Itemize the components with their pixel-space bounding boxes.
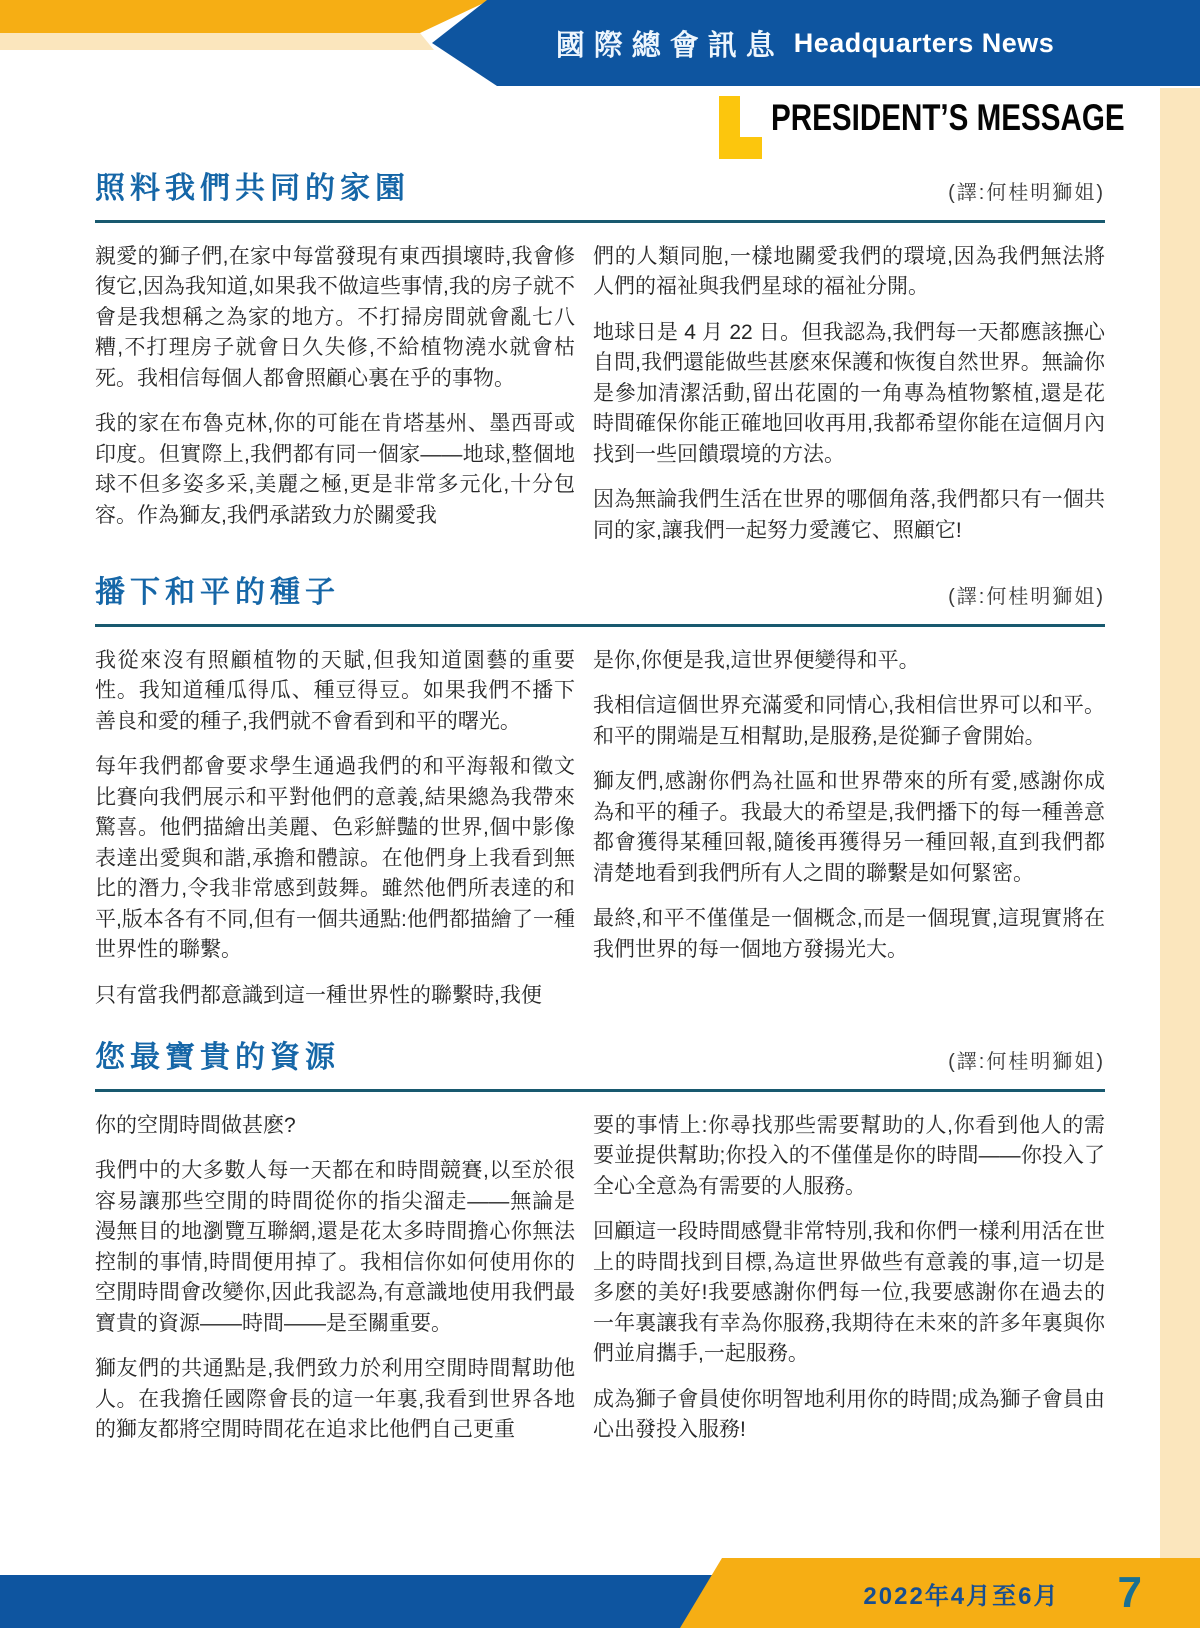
paragraph: 因為無論我們生活在世界的哪個角落,我們都只有一個共同的家,讓我們一起努力愛護它、… [593, 485, 1105, 546]
paragraph: 我們中的大多數人每一天都在和時間競賽,以至於很容易讓那些空閒的時間從你的指尖溜走… [95, 1156, 575, 1339]
issue-date: 2022年4月至6月 [863, 1576, 1059, 1611]
paragraph: 最終,和平不僅僅是一個概念,而是一個現實,這現實將在我們世界的每一個地方發揚光大… [593, 904, 1105, 965]
right-edge-stripe-decoration [1160, 88, 1200, 1558]
section-header: 您最寶貴的資源 (譯:何桂明獅姐) [95, 1041, 1105, 1076]
column-left: 我從來沒有照顧植物的天賦,但我知道園藝的重要性。我知道種瓜得瓜、種豆得豆。如果我… [95, 646, 575, 1012]
two-column-text: 你的空閒時間做甚麽? 我們中的大多數人每一天都在和時間競賽,以至於很容易讓那些空… [95, 1111, 1105, 1446]
page-heading: PRESIDENT’S MESSAGE [771, 97, 1125, 139]
paragraph: 成為獅子會員使你明智地利用你的時間;成為獅子會員由心出發投入服務! [593, 1385, 1105, 1446]
article-content: 照料我們共同的家園 (譯:何桂明獅姐) 親愛的獅子們,在家中每當發現有東西損壞時… [95, 160, 1105, 1446]
paragraph: 要的事情上:你尋找那些需要幫助的人,你看到他人的需要並提供幫助;你投入的不僅僅是… [593, 1111, 1105, 1203]
divider-rule [95, 1089, 1105, 1092]
paragraph: 你的空閒時間做甚麽? [95, 1111, 575, 1142]
paragraph: 我的家在布魯克林,你的可能在肯塔基州、墨西哥或印度。但實際上,我們都有同一個家—… [95, 409, 575, 531]
cream-ribbon-decoration [0, 33, 434, 50]
column-left: 你的空閒時間做甚麽? 我們中的大多數人每一天都在和時間競賽,以至於很容易讓那些空… [95, 1111, 575, 1446]
divider-rule [95, 624, 1105, 627]
translator-credit: (譯:何桂明獅姐) [948, 176, 1105, 207]
translator-credit: (譯:何桂明獅姐) [948, 1045, 1105, 1076]
two-column-text: 親愛的獅子們,在家中每當發現有東西損壞時,我會修復它,因為我知道,如果我不做這些… [95, 242, 1105, 547]
section-header: 播下和平的種子 (譯:何桂明獅姐) [95, 576, 1105, 611]
paragraph: 親愛的獅子們,在家中每當發現有東西損壞時,我會修復它,因為我知道,如果我不做這些… [95, 242, 575, 395]
page-number: 7 [1118, 1571, 1142, 1615]
gold-ribbon-decoration [0, 0, 490, 33]
divider-rule [95, 220, 1105, 223]
translator-credit: (譯:何桂明獅姐) [948, 580, 1105, 611]
paragraph: 回顧這一段時間感覺非常特別,我和你們一樣利用活在世上的時間找到目標,為這世界做些… [593, 1217, 1105, 1370]
president-message-heading-block: PRESIDENT’S MESSAGE [719, 96, 1200, 159]
paragraph: 每年我們都會要求學生通過我們的和平海報和徵文比賽向我們展示和平對他們的意義,結果… [95, 752, 575, 966]
column-left: 親愛的獅子們,在家中每當發現有東西損壞時,我會修復它,因為我知道,如果我不做這些… [95, 242, 575, 547]
column-right: 是你,你便是我,這世界便變得和平。 我相信這個世界充滿愛和同情心,我相信世界可以… [593, 646, 1105, 1012]
section-title: 您最寶貴的資源 [95, 1041, 340, 1076]
paragraph: 獅友們,感謝你們為社區和世界帶來的所有愛,感謝你成為和平的種子。我最大的希望是,… [593, 767, 1105, 889]
section-sowing-seeds-of-peace: 播下和平的種子 (譯:何桂明獅姐) 我從來沒有照顧植物的天賦,但我知道園藝的重要… [95, 576, 1105, 1011]
section-caring-for-our-home: 照料我們共同的家園 (譯:何桂明獅姐) 親愛的獅子們,在家中每當發現有東西損壞時… [95, 172, 1105, 546]
column-right: 要的事情上:你尋找那些需要幫助的人,你看到他人的需要並提供幫助;你投入的不僅僅是… [593, 1111, 1105, 1446]
footer-gold-ribbon: 2022年4月至6月 7 [680, 1558, 1200, 1628]
newsletter-page: 國際總會訊息 Headquarters News PRESIDENT’S MES… [0, 0, 1200, 1628]
paragraph: 們的人類同胞,一樣地關愛我們的環境,因為我們無法將人們的福祉與我們星球的福祉分開… [593, 242, 1105, 303]
paragraph: 只有當我們都意識到這一種世界性的聯繫時,我便 [95, 981, 575, 1012]
paragraph: 我從來沒有照顧植物的天賦,但我知道園藝的重要性。我知道種瓜得瓜、種豆得豆。如果我… [95, 646, 575, 738]
paragraph: 我相信這個世界充滿愛和同情心,我相信世界可以和平。和平的開端是互相幫助,是服務,… [593, 691, 1105, 752]
two-column-text: 我從來沒有照顧植物的天賦,但我知道園藝的重要性。我知道種瓜得瓜、種豆得豆。如果我… [95, 646, 1105, 1012]
paragraph: 獅友們的共通點是,我們致力於利用空閒時間幫助他人。在我擔任國際會長的這一年裏,我… [95, 1354, 575, 1446]
section-title: 照料我們共同的家園 [95, 172, 410, 207]
paragraph: 地球日是 4 月 22 日。但我認為,我們每一天都應該撫心自問,我們還能做些甚麽… [593, 318, 1105, 471]
banner-title-en: Headquarters News [794, 28, 1055, 59]
column-right: 們的人類同胞,一樣地關愛我們的環境,因為我們無法將人們的福祉與我們星球的福祉分開… [593, 242, 1105, 547]
section-title: 播下和平的種子 [95, 576, 340, 611]
section-header: 照料我們共同的家園 (譯:何桂明獅姐) [95, 172, 1105, 207]
section-your-most-precious-resource: 您最寶貴的資源 (譯:何桂明獅姐) 你的空閒時間做甚麽? 我們中的大多數人每一天… [95, 1041, 1105, 1446]
paragraph: 是你,你便是我,這世界便變得和平。 [593, 646, 1105, 677]
yellow-l-mark-icon [719, 96, 762, 159]
banner-title-cjk: 國際總會訊息 [556, 23, 784, 64]
